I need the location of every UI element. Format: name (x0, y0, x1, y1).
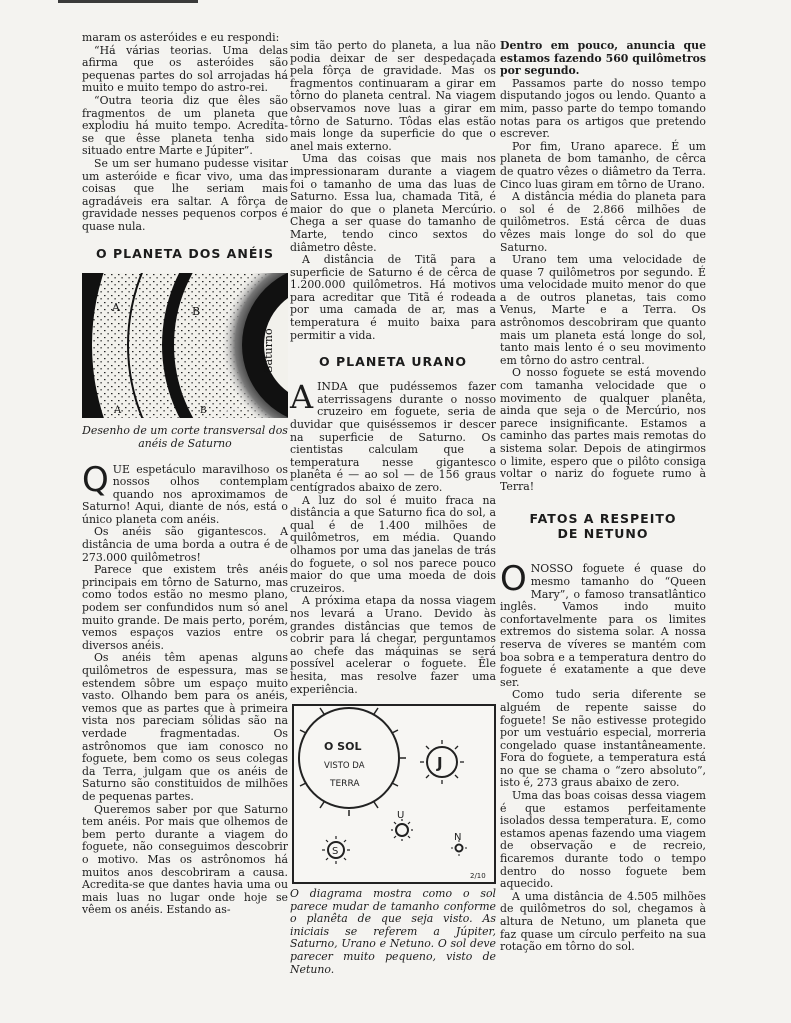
paragraph: UE espetáculo maravilhoso os nossos olho… (82, 464, 288, 527)
section-heading-saturn-rings: O PLANETA DOS ANÉIS (82, 246, 288, 261)
paragraph: Uma das boas coisas dessa viagem é que e… (500, 790, 706, 891)
paragraph: A próxima etapa da nossa viagem nos leva… (290, 595, 496, 696)
section-heading-uranus: O PLANETA URANO (290, 354, 496, 369)
figure-caption-rings: Desenho de um corte transversal dos anéi… (82, 424, 288, 450)
paragraph: A distância média do planeta para o sol … (500, 191, 706, 254)
paragraph: Os anéis têm apenas alguns quilômetros d… (82, 652, 288, 803)
svg-text:S: S (332, 846, 338, 857)
saturn-rings-drawing-icon: A A B B 2/9 Saturno (82, 273, 288, 418)
paragraph: Parece que existem três anéis principais… (82, 564, 288, 652)
paragraph: Por fim, Urano aparece. É um planeta de … (500, 141, 706, 191)
paragraph: A distância de Titã para a superficie de… (290, 254, 496, 342)
paragraph: “Outra teoria diz que êles são fragmento… (82, 95, 288, 158)
page-edge-bar (58, 0, 198, 3)
column-1: maram os asteróides e eu respondi: “Há v… (82, 32, 288, 917)
paragraph: Dentro em pouco, anuncia que estamos faz… (500, 40, 706, 78)
section-heading-neptune: FATOS A RESPEITO DE NETUNO (520, 511, 686, 541)
svg-text:B: B (192, 305, 200, 318)
svg-text:U: U (397, 810, 404, 821)
paragraph: Urano tem uma velocidade de quase 7 quil… (500, 254, 706, 367)
drop-cap-q: Q (82, 466, 109, 494)
paragraph: “Há várias teorias. Uma delas afirma que… (82, 45, 288, 95)
paragraph: Os anéis são gigantescos. A distância de… (82, 526, 288, 564)
sun-diagram-icon: O SOL VISTO DA TERRA J U S N 2/10 (294, 706, 494, 882)
svg-text:2/9: 2/9 (224, 406, 239, 416)
drop-cap-a: A (290, 383, 313, 411)
svg-text:N: N (454, 832, 461, 843)
svg-text:A: A (111, 301, 121, 314)
paragraph: INDA que pudéssemos fazer aterrissagens … (290, 381, 496, 494)
paragraph: maram os asteróides e eu respondi: (82, 32, 288, 45)
saturn-rings-illustration: A A B B 2/9 Saturno (82, 273, 288, 418)
column-2: sim tão perto do planeta, a lua não podi… (290, 40, 496, 976)
svg-text:B: B (200, 406, 207, 416)
svg-text:TERRA: TERRA (329, 779, 360, 789)
svg-text:2/10: 2/10 (470, 872, 486, 880)
paragraph: Uma das coisas que mais nos impressionar… (290, 153, 496, 254)
paragraph: A luz do sol é muito fraca na distância … (290, 495, 496, 596)
paragraph: sim tão perto do planeta, a lua não podi… (290, 40, 496, 153)
svg-text:Saturno: Saturno (262, 328, 275, 373)
paragraph: O nosso foguete se está movendo com tama… (500, 367, 706, 493)
paragraph: Como tudo seria diferente se alguém de r… (500, 689, 706, 790)
svg-text:VISTO DA: VISTO DA (324, 761, 365, 771)
svg-text:O SOL: O SOL (324, 740, 361, 753)
svg-text:A: A (113, 405, 122, 416)
figure-caption-diagram: O diagrama mostra como o sol parece muda… (290, 888, 496, 976)
sun-size-diagram: O SOL VISTO DA TERRA J U S N 2/10 (292, 704, 496, 884)
column-3: Dentro em pouco, anuncia que estamos faz… (500, 40, 706, 954)
drop-cap-o: O (500, 565, 527, 593)
paragraph: NOSSO foguete é quase do mesmo tamanho d… (500, 563, 706, 689)
paragraph: Se um ser humano pudesse visitar um aste… (82, 158, 288, 234)
svg-text:J: J (436, 754, 443, 772)
paragraph: Passamos parte do nosso tempo disputando… (500, 78, 706, 141)
paragraph: Queremos saber por que Saturno tem anéis… (82, 804, 288, 917)
paragraph: A uma distância de 4.505 milhões de quil… (500, 891, 706, 954)
